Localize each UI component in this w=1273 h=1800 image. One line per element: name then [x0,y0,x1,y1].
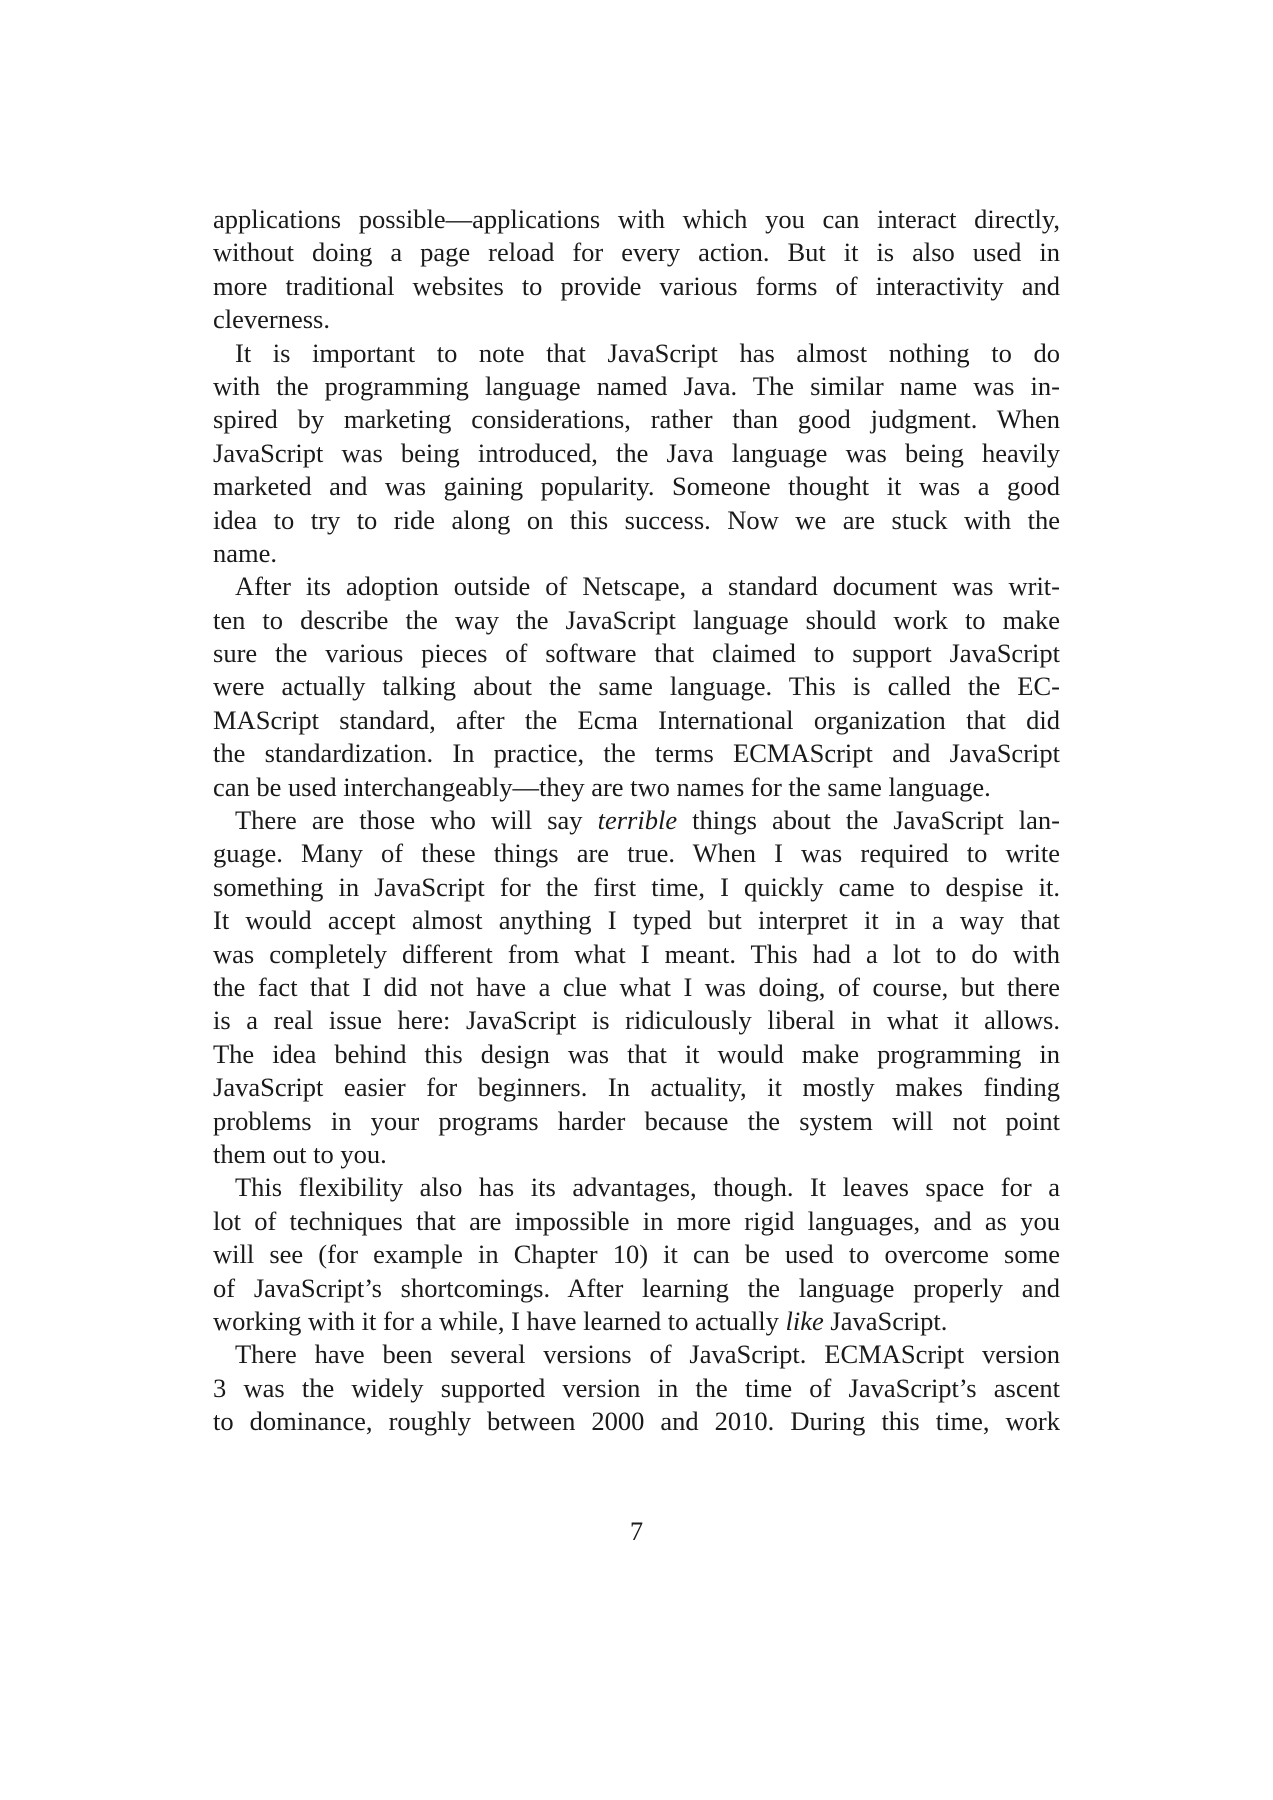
text-line: sure the various pieces of software that… [213,637,1060,670]
text-line: of JavaScript’s shortcomings. After lear… [213,1272,1060,1305]
text-line: problems in your programs harder because… [213,1105,1060,1138]
text-line: guage. Many of these things are true. Wh… [213,837,1060,870]
text-run: There are those who will say [235,805,598,835]
text-line: marketed and was gaining popularity. Som… [213,470,1060,503]
text-line: the fact that I did not have a clue what… [213,971,1060,1004]
text-line: were actually talking about the same lan… [213,670,1060,703]
text-run: JavaScript. [824,1306,948,1336]
body-text: applications possible—applications with … [213,203,1060,1438]
document-page: applications possible—applications with … [0,0,1273,1800]
text-line: There are those who will say terrible th… [213,804,1060,837]
text-line: The idea behind this design was that it … [213,1038,1060,1071]
text-run: things about the JavaScript lan- [677,805,1060,835]
paragraph: It is important to note that JavaScript … [213,337,1060,571]
text-line: It is important to note that JavaScript … [213,337,1060,370]
text-line: It would accept almost anything I typed … [213,904,1060,937]
text-line: name. [213,537,1060,570]
text-line: JavaScript was being introduced, the Jav… [213,437,1060,470]
emphasis-text: terrible [598,805,678,835]
text-line: cleverness. [213,303,1060,336]
text-run: working with it for a while, I have lear… [213,1306,786,1336]
text-line: After its adoption outside of Netscape, … [213,570,1060,603]
page-number: 7 [0,1516,1273,1547]
text-line: There have been several versions of Java… [213,1338,1060,1371]
text-line: can be used interchangeably—they are two… [213,771,1060,804]
text-line: is a real issue here: JavaScript is ridi… [213,1004,1060,1037]
text-line: with the programming language named Java… [213,370,1060,403]
text-line: JavaScript easier for beginners. In actu… [213,1071,1060,1104]
text-line: This flexibility also has its advantages… [213,1171,1060,1204]
text-line: idea to try to ride along on this succes… [213,504,1060,537]
text-line: was completely different from what I mea… [213,938,1060,971]
text-line: to dominance, roughly between 2000 and 2… [213,1405,1060,1438]
paragraph: There have been several versions of Java… [213,1338,1060,1438]
text-line: working with it for a while, I have lear… [213,1305,1060,1338]
paragraph: applications possible—applications with … [213,203,1060,337]
text-line: lot of techniques that are impossible in… [213,1205,1060,1238]
text-line: them out to you. [213,1138,1060,1171]
text-line: spired by marketing considerations, rath… [213,403,1060,436]
paragraph: There are those who will say terrible th… [213,804,1060,1171]
text-line: something in JavaScript for the first ti… [213,871,1060,904]
paragraph: This flexibility also has its advantages… [213,1171,1060,1338]
paragraph: After its adoption outside of Netscape, … [213,570,1060,804]
text-line: 3 was the widely supported version in th… [213,1372,1060,1405]
text-line: more traditional websites to provide var… [213,270,1060,303]
text-line: applications possible—applications with … [213,203,1060,236]
emphasis-text: like [786,1306,824,1336]
text-line: will see (for example in Chapter 10) it … [213,1238,1060,1271]
text-line: without doing a page reload for every ac… [213,236,1060,269]
text-line: the standardization. In practice, the te… [213,737,1060,770]
text-line: ten to describe the way the JavaScript l… [213,604,1060,637]
text-line: MAScript standard, after the Ecma Intern… [213,704,1060,737]
